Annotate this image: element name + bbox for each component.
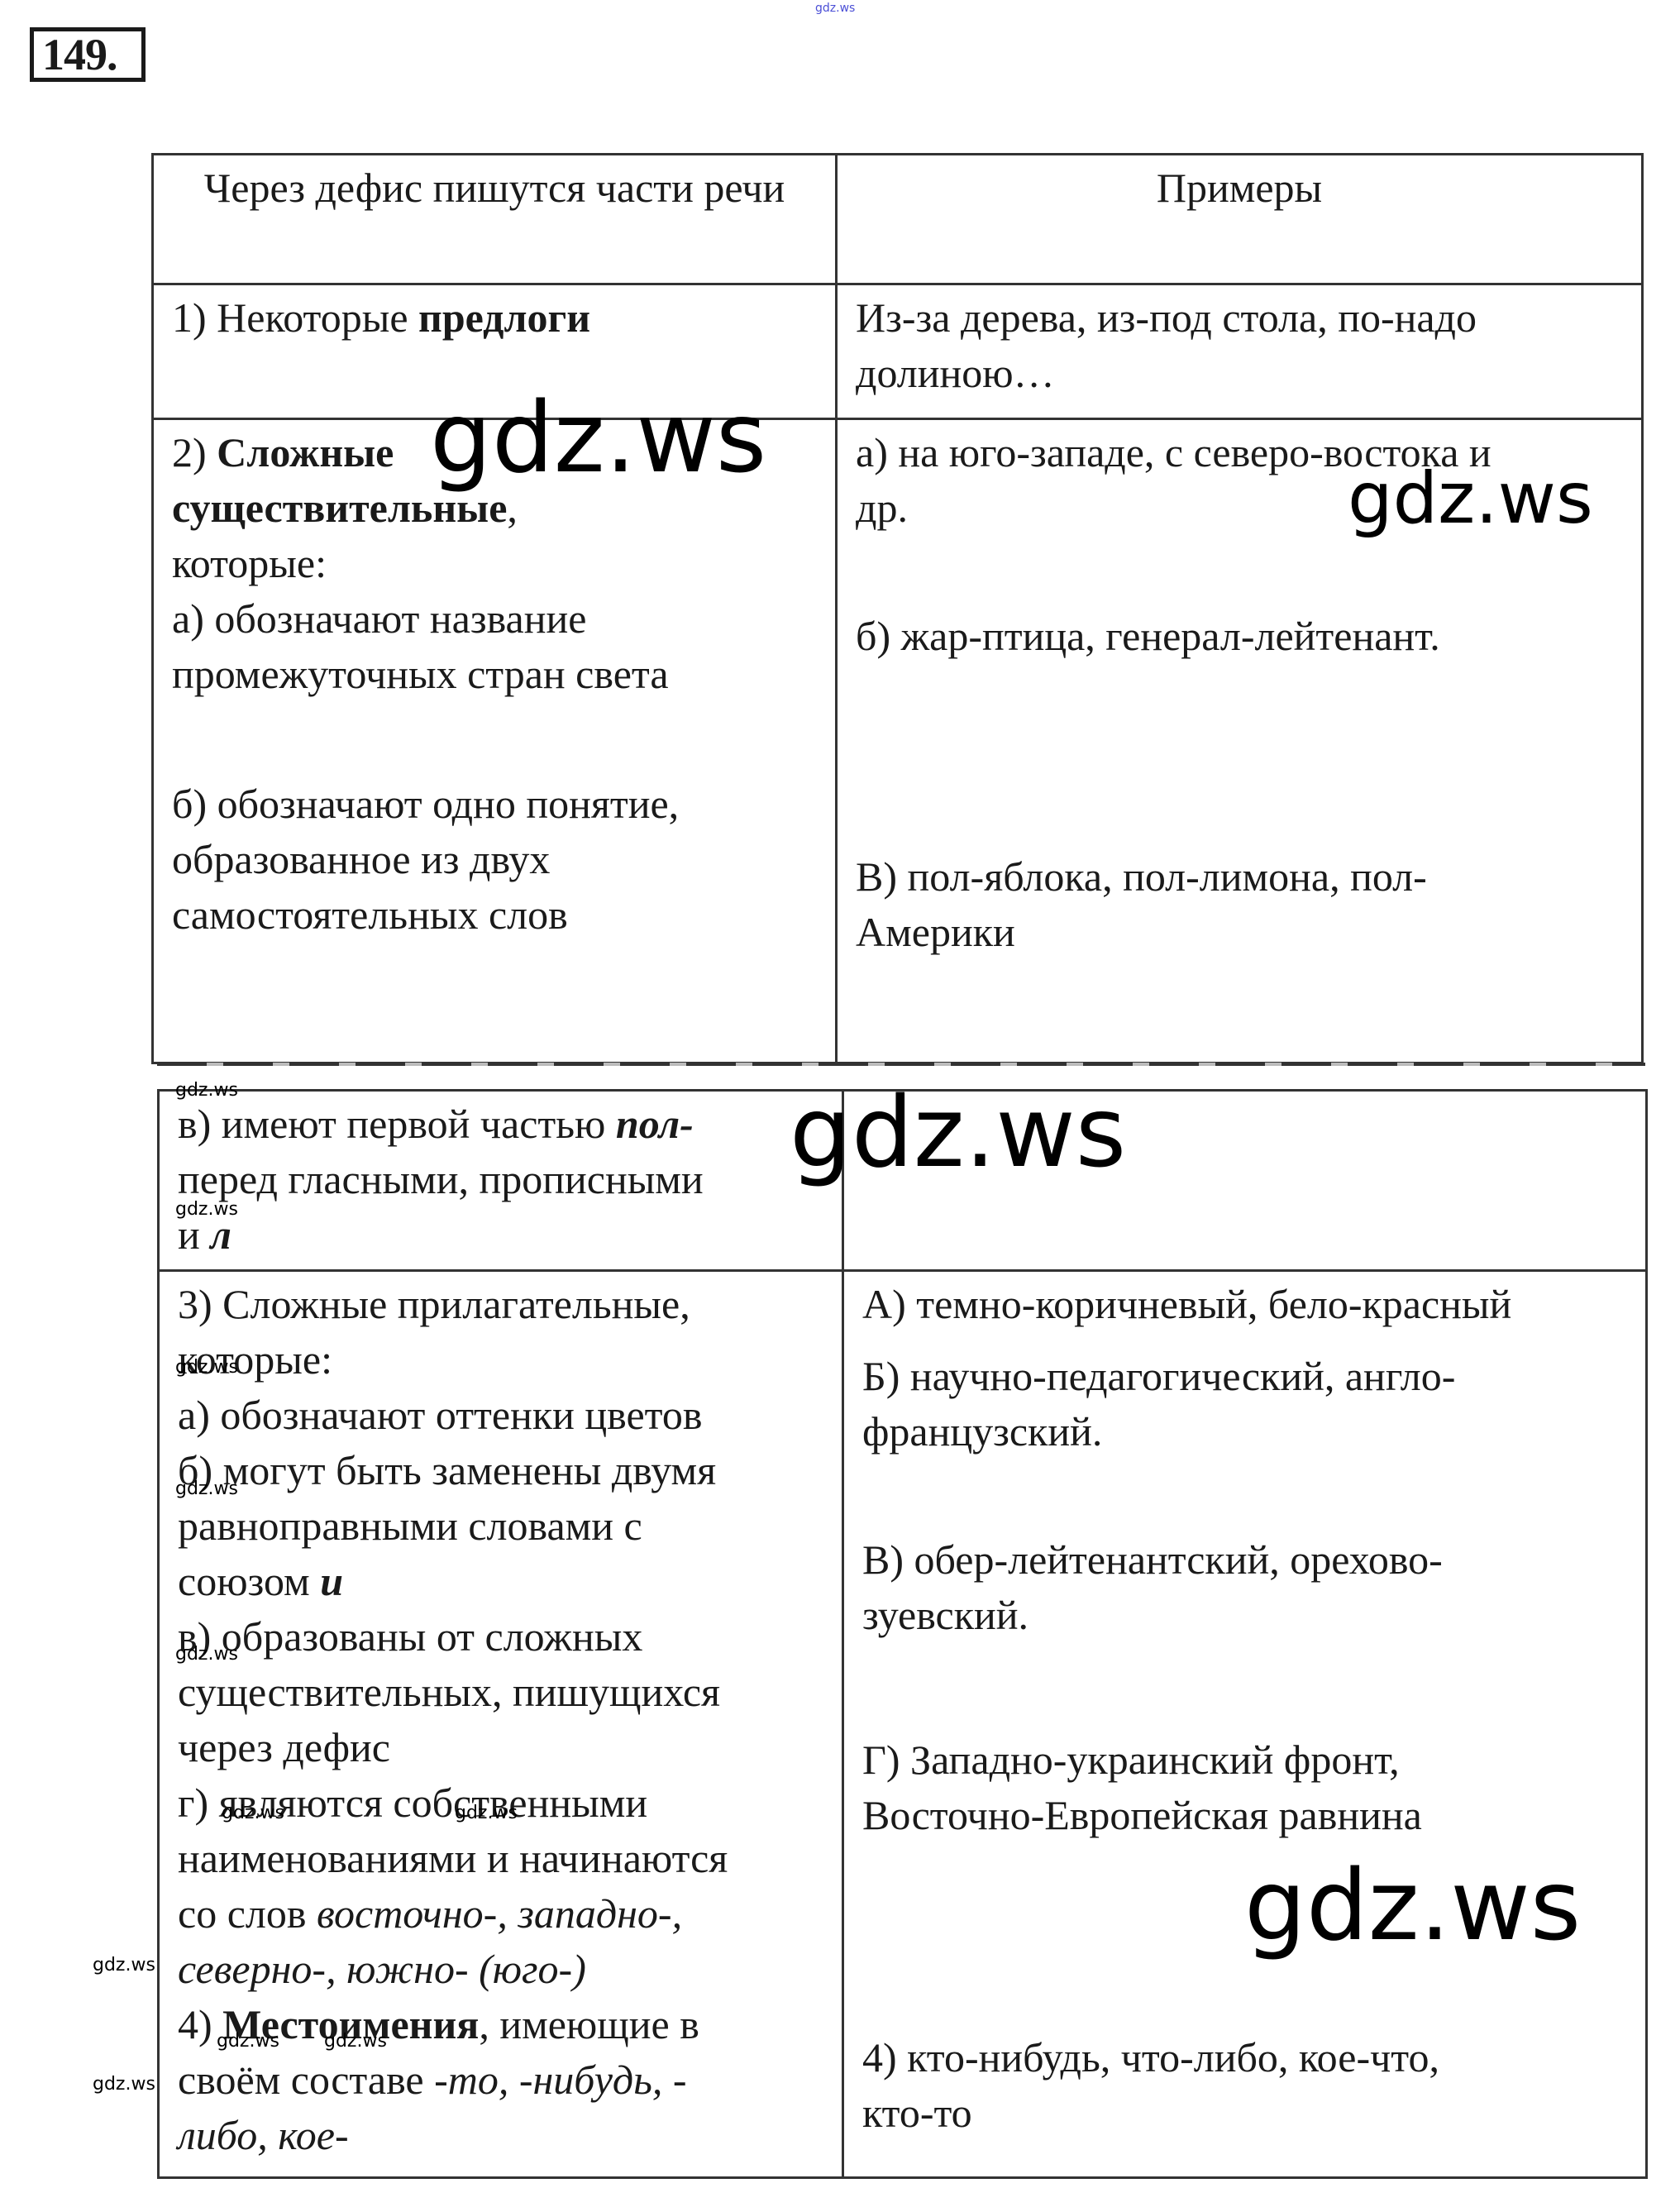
rule-line: и л — [178, 1207, 823, 1263]
rule-line: со слов восточно-, западно-, — [178, 1886, 823, 1942]
example-line: долиною… — [856, 346, 1623, 401]
rule-keyword: пол- — [616, 1101, 694, 1147]
watermark-small: gdz.ws — [217, 2033, 279, 2051]
rule-examples-italic: северно-, южно- (юго-) — [178, 1942, 823, 1997]
rule-line: через дефис — [178, 1720, 823, 1775]
watermark-large: gdz.ws — [430, 389, 766, 486]
example-line: французский. — [862, 1404, 1627, 1459]
rule-keyword: и — [320, 1558, 343, 1604]
watermark-large: gdz.ws — [1348, 463, 1593, 534]
rule-line: б) могут быть заменены двумя — [178, 1443, 823, 1498]
watermark-top: gdz.ws — [815, 2, 855, 15]
example-line: В) обер-лейтенантский, орехово- — [862, 1532, 1627, 1588]
watermark-small: gdz.ws — [175, 1082, 238, 1100]
rule-line: которые: — [172, 536, 817, 591]
rule-line: своём составе -то, -нибудь, - — [178, 2052, 823, 2108]
rule-keyword: Сложные — [217, 429, 394, 475]
example-line: Америки — [856, 905, 1623, 960]
rule-line: а) обозначают название — [172, 591, 817, 647]
exercise-number: 149. — [30, 27, 146, 82]
rule-line: перед гласными, прописными — [178, 1152, 823, 1207]
watermark-small: gdz.ws — [93, 1956, 155, 1975]
rule-line: образованное из двух — [172, 832, 817, 887]
watermark-small: gdz.ws — [93, 2076, 155, 2094]
rule-text: , имеющие в — [479, 2001, 699, 2047]
rule-cell: 2) Сложные существительные, которые: а) … — [153, 419, 837, 1063]
watermark-small: gdz.ws — [175, 1359, 238, 1377]
watermark-large: gdz.ws — [1244, 1856, 1581, 1954]
rule-text: союзом — [178, 1558, 320, 1604]
watermark-small: gdz.ws — [324, 2033, 387, 2051]
rule-line: которые: — [178, 1332, 823, 1388]
example-line: Из-за дерева, из-под стола, по-надо — [856, 290, 1623, 346]
rule-text: своём составе — [178, 2057, 434, 2103]
rule-examples-italic: -то, -нибудь, - — [434, 2057, 686, 2103]
watermark-small: gdz.ws — [175, 1480, 238, 1498]
example-line: Восточно-Европейская равнина — [862, 1788, 1627, 1843]
rule-text: со слов — [178, 1890, 317, 1937]
header-parts-of-speech: Через дефис пишутся части речи — [153, 155, 837, 284]
example-line: кто-то — [862, 2085, 1627, 2141]
table-header-row: Через дефис пишутся части речи Примеры — [153, 155, 1643, 284]
rule-cell: в) имеют первой частью пол- перед гласны… — [159, 1091, 843, 1271]
header-examples: Примеры — [837, 155, 1643, 284]
example-cell: Из-за дерева, из-под стола, по-надо доли… — [837, 284, 1643, 419]
rule-line: б) обозначают одно понятие, — [172, 776, 817, 832]
rule-text: 1) Некоторые — [172, 294, 418, 341]
watermark-large: gdz.ws — [790, 1083, 1126, 1181]
rule-line: 3) Сложные прилагательные, — [178, 1277, 823, 1332]
rule-line: а) обозначают оттенки цветов — [178, 1388, 823, 1443]
watermark-small: gdz.ws — [175, 1646, 238, 1664]
example-line: зуевский. — [862, 1588, 1627, 1643]
hyphen-rules-table-part-2: в) имеют первой частью пол- перед гласны… — [157, 1089, 1648, 2179]
example-line: А) темно-коричневый, бело-красный — [862, 1277, 1627, 1332]
rule-line: равноправными словами с — [178, 1498, 823, 1554]
example-line: 4) кто-нибудь, что-либо, кое-что, — [862, 2030, 1627, 2085]
rule-line: в) образованы от сложных — [178, 1609, 823, 1665]
rule-line: в) имеют первой частью пол- — [178, 1096, 823, 1152]
watermark-small: gdz.ws — [222, 1804, 284, 1823]
rule-examples-italic: либо, кое- — [178, 2108, 823, 2163]
rule-line: союзом и — [178, 1554, 823, 1609]
example-line: Б) научно-педагогический, англо- — [862, 1349, 1627, 1404]
rule-line: промежуточных стран света — [172, 647, 817, 702]
rule-keyword: предлоги — [418, 294, 590, 341]
rule-text: в) имеют первой частью — [178, 1101, 616, 1147]
rule-line: существительных, пишущихся — [178, 1665, 823, 1720]
watermark-small: gdz.ws — [455, 1804, 518, 1823]
rule-examples-italic: восточно-, западно-, — [317, 1890, 682, 1937]
rule-number: 2) — [172, 429, 217, 475]
example-line: В) пол-яблока, пол-лимона, пол- — [856, 849, 1623, 905]
rule-line: наименованиями и начинаются — [178, 1831, 823, 1886]
example-line: б) жар-птица, генерал-лейтенант. — [856, 609, 1623, 664]
example-cell: А) темно-коричневый, бело-красный Б) нау… — [843, 1271, 1647, 2178]
page-break-divider — [157, 1063, 1645, 1066]
watermark-small: gdz.ws — [175, 1201, 238, 1219]
hyphen-rules-table-part-1: Через дефис пишутся части речи Примеры 1… — [151, 153, 1644, 1064]
example-line: Г) Западно-украинский фронт, — [862, 1732, 1627, 1788]
table-row: 1) Некоторые предлоги Из-за дерева, из-п… — [153, 284, 1643, 419]
rule-line: самостоятельных слов — [172, 887, 817, 943]
